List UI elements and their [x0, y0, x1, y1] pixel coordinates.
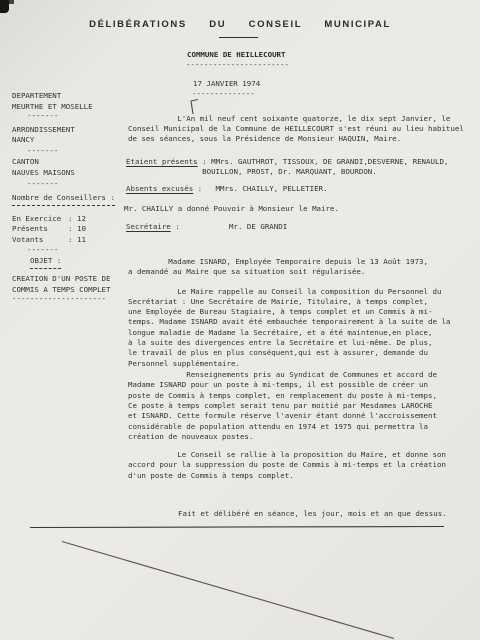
session-date: 17 JANVIER 1974	[193, 79, 260, 89]
department-label: DEPARTEMENT	[12, 91, 61, 102]
objet-rule: ---------------------	[12, 294, 106, 305]
counselor-value: 10	[77, 224, 86, 233]
separator: -------	[27, 146, 58, 157]
scan-artifact-dot	[9, 0, 14, 4]
counselor-label: Présents	[12, 224, 68, 235]
absent-names: : MMrs. CHAILLY, PELLETIER.	[193, 184, 327, 193]
closing-line: Fait et délibéré en séance, les jour, mo…	[178, 509, 447, 519]
opening-paragraph: L'An mil neuf cent soixante quatorze, le…	[128, 114, 464, 145]
counselors-heading-text: Nombre de Conseillers :	[12, 193, 115, 206]
objet-heading-text: OBJET :	[30, 256, 61, 269]
date-rule: --------------	[192, 89, 255, 99]
handwritten-tick-mark	[191, 100, 198, 115]
attendees-line: Etaient présents : MMrs. GAUTHROT, TISSO…	[126, 157, 448, 178]
counselor-value: 12	[77, 214, 86, 223]
paragraph-isnard: Madame ISNARD, Employée Temporaire depui…	[128, 257, 428, 278]
title-underline	[219, 37, 258, 38]
commune-title: COMMUNE DE HEILLECOURT	[187, 50, 286, 60]
proxy-line: Mr. CHAILLY a donné Pouvoir à Monsieur l…	[124, 204, 339, 214]
separator: -------	[27, 245, 58, 256]
objet-heading: OBJET :	[30, 256, 61, 269]
absent-line: Absents excusés : MMrs. CHAILLY, PELLETI…	[126, 184, 328, 194]
page-title: DÉLIBÉRATIONS DU CONSEIL MUNICIPAL	[0, 19, 480, 30]
counselor-value: 11	[77, 235, 86, 244]
secretary-line: Secrétaire : Mr. DE GRANDI	[126, 222, 287, 232]
canton-value: NAUVES MAISONS	[12, 168, 75, 179]
counselor-row: En Exercice: 12	[12, 214, 86, 225]
separator: -------	[27, 179, 58, 190]
commune-rule: -----------------------	[186, 60, 289, 70]
scanned-deliberation-document: DÉLIBÉRATIONS DU CONSEIL MUNICIPAL COMMU…	[0, 0, 480, 640]
counselors-heading: Nombre de Conseillers :	[12, 193, 115, 206]
diagonal-pen-stroke	[62, 542, 394, 639]
paragraph-maire: Le Maire rappelle au Conseil la composit…	[128, 287, 450, 369]
paragraph-renseignements: Renseignements pris au Syndicat de Commu…	[128, 370, 437, 442]
attendees-label: Etaient présents	[126, 157, 198, 166]
counselor-row: Présents: 10	[12, 224, 86, 235]
counselor-label: En Exercice	[12, 214, 68, 225]
absent-label: Absents excusés	[126, 184, 193, 193]
counselor-label: Votants	[12, 235, 68, 246]
arrondissement-value: NANCY	[12, 135, 34, 146]
arrondissement-label: ARRONDISSEMENT	[12, 125, 75, 136]
secretary-name: : Mr. DE GRANDI	[171, 222, 287, 231]
objet-subject-line1: CREATION D'UN POSTE DE	[12, 274, 111, 285]
canton-label: CANTON	[12, 157, 39, 168]
secretary-label: Secrétaire	[126, 222, 171, 231]
paragraph-conseil: Le Conseil se rallie à la proposition du…	[128, 450, 446, 481]
separator: -------	[27, 111, 58, 122]
counselor-row: Votants: 11	[12, 235, 86, 246]
scan-artifact-corner	[0, 0, 9, 13]
footer-rule	[30, 527, 444, 528]
